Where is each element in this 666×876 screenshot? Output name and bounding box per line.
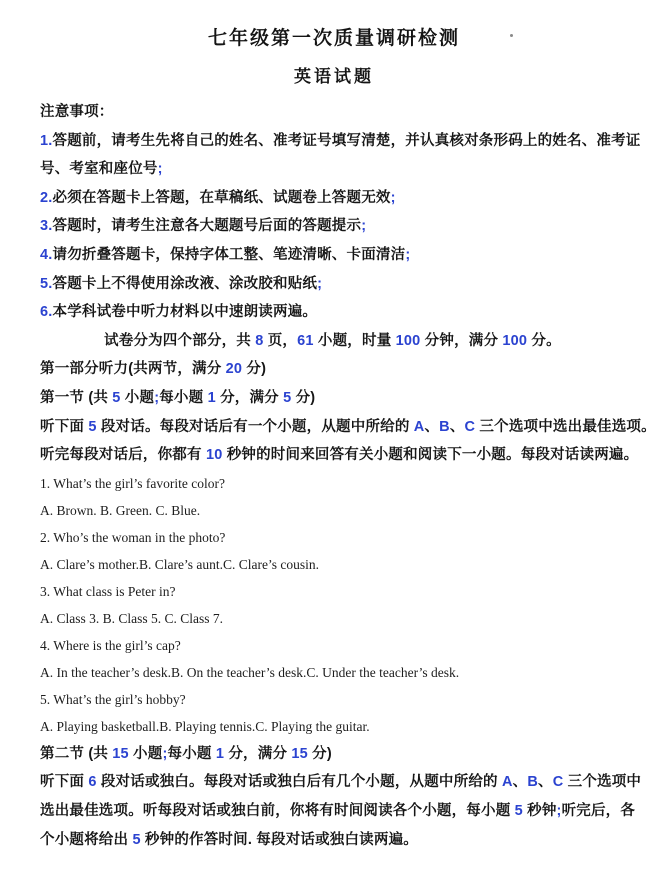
accent-text-segment: 3. xyxy=(40,218,53,234)
question-5: 5. What’s the girl’s hobby? xyxy=(40,686,642,713)
text-segment: 1. What’s the girl’s favorite color? xyxy=(40,476,225,491)
text-segment: 、 xyxy=(450,419,465,435)
question-4-options: A. In the teacher’s desk.B. On the teach… xyxy=(40,659,642,686)
accent-text-segment: 5. xyxy=(40,276,53,292)
notice-item-1-line-1: 1.答题前，请考生先将自己的姓名、准考证号填写清楚，并认真核对条形码上的姓名、准… xyxy=(40,127,642,156)
question-3: 3. What class is Peter in? xyxy=(40,578,642,605)
text-segment: 、 xyxy=(513,774,528,790)
question-1-options: A. Brown. B. Green. C. Blue. xyxy=(40,497,642,524)
text-segment: 小题 xyxy=(129,746,163,762)
text-segment: 每小题 xyxy=(168,746,216,762)
accent-text-segment: 5 xyxy=(132,832,140,848)
accent-text-segment: 20 xyxy=(226,361,243,377)
section1-heading: 第一节 (共 5 小题;每小题 1 分，满分 5 分) xyxy=(40,384,642,413)
paper-overview: 试卷分为四个部分，共 8 页，61 小题，时量 100 分钟，满分 100 分。 xyxy=(40,327,642,356)
text-segment: 3. What class is Peter in? xyxy=(40,584,175,599)
text-segment: A. Clare’s mother.B. Clare’s aunt.C. Cla… xyxy=(40,557,319,572)
notice-item-6: 6.本学科试卷中听力材料以中速朗读两遍。 xyxy=(40,298,642,327)
accent-text-segment: 5 xyxy=(515,803,523,819)
section1-instructions-line-2: 听完每段对话后，你都有 10 秒钟的时间来回答有关小题和阅读下一小题。每段对话读… xyxy=(40,441,642,470)
accent-text-segment: 4. xyxy=(40,247,53,263)
section1-instructions-line-1: 听下面 5 段对话。每段对话后有一个小题，从题中所给的 A、B、C 三个选项中选… xyxy=(40,413,642,442)
text-segment: 分，满分 xyxy=(216,390,283,406)
text-segment: 小题 xyxy=(121,390,155,406)
section2-instructions-line-3: 个小题将给出 5 秒钟的作答时间. 每段对话或独白读两遍。 xyxy=(40,826,642,855)
text-segment: 页， xyxy=(264,333,298,349)
section2-instructions-line-1: 听下面 6 段对话或独白。每段对话或独白后有几个小题，从题中所给的 A、B、C … xyxy=(40,768,642,797)
text-segment: 4. Where is the girl’s cap? xyxy=(40,638,181,653)
text-segment: 分) xyxy=(242,361,266,377)
text-segment: 第一部分听力(共两节，满分 xyxy=(40,361,226,377)
text-segment: A. Class 3. B. Class 5. C. Class 7. xyxy=(40,611,223,626)
accent-text-segment: 15 xyxy=(112,746,129,762)
accent-text-segment: B xyxy=(527,774,538,790)
text-segment: 第一节 (共 xyxy=(40,390,112,406)
accent-text-segment: 10 xyxy=(206,447,223,463)
accent-text-segment: A xyxy=(502,774,513,790)
notice-heading: 注意事项： xyxy=(40,98,642,127)
text-segment: 、 xyxy=(538,774,553,790)
text-segment: 请勿折叠答题卡，保持字体工整、笔迹清晰、卡面清洁 xyxy=(53,247,406,263)
text-segment: 小题，时量 xyxy=(314,333,396,349)
text-segment: 答题卡上不得使用涂改液、涂改胶和贴纸 xyxy=(53,276,318,292)
text-segment: 2. Who’s the woman in the photo? xyxy=(40,530,225,545)
page-subtitle: 英语试题 xyxy=(40,65,628,89)
text-segment: 每小题 xyxy=(159,390,207,406)
accent-text-segment: 100 xyxy=(396,333,421,349)
text-segment: 听完每段对话后，你都有 xyxy=(40,447,206,463)
notice-item-4: 4.请勿折叠答题卡，保持字体工整、笔迹清晰、卡面清洁; xyxy=(40,241,642,270)
accent-text-segment: 61 xyxy=(297,333,314,349)
exam-paper-page: 七年级第一次质量调研检测 英语试题 注意事项：1.答题前，请考生先将自己的姓名、… xyxy=(0,0,666,876)
text-segment: A. In the teacher’s desk.B. On the teach… xyxy=(40,665,459,680)
accent-text-segment: 100 xyxy=(502,333,527,349)
question-4: 4. Where is the girl’s cap? xyxy=(40,632,642,659)
text-segment: 答题时，请考生注意各大题题号后面的答题提示 xyxy=(53,218,362,234)
accent-text-segment: 1 xyxy=(216,746,224,762)
question-3-options: A. Class 3. B. Class 5. C. Class 7. xyxy=(40,605,642,632)
document-body: 注意事项：1.答题前，请考生先将自己的姓名、准考证号填写清楚，并认真核对条形码上… xyxy=(40,98,642,854)
text-segment: 秒钟的作答时间. 每段对话或独白读两遍。 xyxy=(141,832,418,848)
notice-item-5: 5.答题卡上不得使用涂改液、涂改胶和贴纸; xyxy=(40,270,642,299)
accent-text-segment: B xyxy=(439,419,450,435)
text-segment: 必须在答题卡上答题，在草稿纸、试题卷上答题无效 xyxy=(53,190,391,206)
accent-text-segment: ; xyxy=(391,190,396,206)
text-segment: A. Playing basketball.B. Playing tennis.… xyxy=(40,719,370,734)
accent-text-segment: 5 xyxy=(112,390,120,406)
accent-text-segment: ; xyxy=(361,218,366,234)
text-segment: 分) xyxy=(308,746,332,762)
text-segment: 答题前，请考生先将自己的姓名、准考证号填写清楚，并认真核对条形码上的姓名、准考证 xyxy=(53,133,641,149)
notice-item-3: 3.答题时，请考生注意各大题题号后面的答题提示; xyxy=(40,212,642,241)
text-segment: 号、考室和座位号 xyxy=(40,161,158,177)
accent-text-segment: ; xyxy=(158,161,163,177)
notice-item-2: 2.必须在答题卡上答题，在草稿纸、试题卷上答题无效; xyxy=(40,184,642,213)
accent-text-segment: C xyxy=(553,774,564,790)
text-segment: 秒钟 xyxy=(523,803,557,819)
text-segment: 分，满分 xyxy=(224,746,291,762)
accent-text-segment: C xyxy=(465,419,476,435)
text-segment: 本学科试卷中听力材料以中速朗读两遍。 xyxy=(53,304,318,320)
text-segment: 分。 xyxy=(527,333,561,349)
accent-text-segment: A xyxy=(414,419,425,435)
accent-text-segment: 8 xyxy=(255,333,263,349)
accent-text-segment: 5 xyxy=(88,419,96,435)
text-segment: 听下面 xyxy=(40,419,88,435)
text-segment: 三个选项中选出最佳选项。 xyxy=(475,419,656,435)
notice-item-1-line-2: 号、考室和座位号; xyxy=(40,155,642,184)
text-segment: 选出最佳选项。听每段对话或独白前，你将有时间阅读各个小题，每小题 xyxy=(40,803,515,819)
text-segment: 分钟，满分 xyxy=(420,333,502,349)
text-segment: 三个选项中 xyxy=(563,774,641,790)
text-segment: 段对话。每段对话后有一个小题，从题中所给的 xyxy=(97,419,414,435)
text-segment: 秒钟的时间来回答有关小题和阅读下一小题。每段对话读两遍。 xyxy=(222,447,638,463)
accent-text-segment: ; xyxy=(405,247,410,263)
accent-text-segment: 6. xyxy=(40,304,53,320)
accent-text-segment: 6 xyxy=(88,774,96,790)
question-2: 2. Who’s the woman in the photo? xyxy=(40,524,642,551)
text-segment: 试卷分为四个部分，共 xyxy=(104,333,255,349)
text-segment: 个小题将给出 xyxy=(40,832,132,848)
accent-text-segment: 15 xyxy=(291,746,308,762)
accent-text-segment: 2. xyxy=(40,190,53,206)
text-segment: A. Brown. B. Green. C. Blue. xyxy=(40,503,200,518)
section2-heading: 第二节 (共 15 小题;每小题 1 分，满分 15 分) xyxy=(40,740,642,769)
part1-heading: 第一部分听力(共两节，满分 20 分) xyxy=(40,355,642,384)
question-5-options: A. Playing basketball.B. Playing tennis.… xyxy=(40,713,642,740)
stray-dot-mark xyxy=(510,34,513,37)
text-segment: 、 xyxy=(424,419,439,435)
question-1: 1. What’s the girl’s favorite color? xyxy=(40,470,642,497)
text-segment: 分) xyxy=(291,390,315,406)
text-segment: 第二节 (共 xyxy=(40,746,112,762)
accent-text-segment: 1 xyxy=(208,390,216,406)
accent-text-segment: ; xyxy=(317,276,322,292)
text-segment: 5. What’s the girl’s hobby? xyxy=(40,692,186,707)
text-segment: 听完后，各 xyxy=(562,803,636,819)
text-segment: 注意事项： xyxy=(40,104,114,120)
page-title: 七年级第一次质量调研检测 xyxy=(40,26,628,52)
accent-text-segment: 1. xyxy=(40,133,53,149)
section2-instructions-line-2: 选出最佳选项。听每段对话或独白前，你将有时间阅读各个小题，每小题 5 秒钟;听完… xyxy=(40,797,642,826)
question-2-options: A. Clare’s mother.B. Clare’s aunt.C. Cla… xyxy=(40,551,642,578)
text-segment: 段对话或独白。每段对话或独白后有几个小题，从题中所给的 xyxy=(97,774,502,790)
text-segment: 听下面 xyxy=(40,774,88,790)
